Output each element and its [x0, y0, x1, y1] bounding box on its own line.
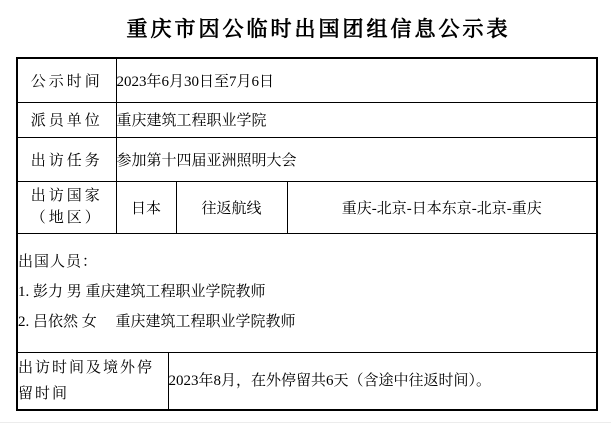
- publicity-table: 公示时间 2023年6月30日至7月6日 派员单位 重庆建筑工程职业学院 出访任…: [16, 57, 598, 411]
- publicity-time-value: 2023年6月30日至7月6日: [116, 58, 597, 102]
- publicity-time-label: 公示时间: [17, 58, 116, 102]
- personnel-member-1: 1. 彭力 男 重庆建筑工程职业学院教师: [18, 277, 596, 307]
- destination-label: 出访国家 （地区）: [17, 181, 116, 233]
- table-row-duration: 出访时间及境外停留时间 2023年8月，在外停留共6天（含途中往返时间）。: [17, 352, 597, 410]
- table-row-mission: 出访任务 参加第十四届亚洲照明大会: [17, 137, 597, 181]
- destination-label-line1: 出访国家: [18, 185, 116, 207]
- destination-label-line2: （地区）: [18, 207, 116, 229]
- duration-value: 2023年8月，在外停留共6天（含途中往返时间）。: [168, 352, 597, 410]
- table-row-destination: 出访国家 （地区） 日本 往返航线 重庆-北京-日本东京-北京-重庆: [17, 181, 597, 233]
- personnel-cell: 出国人员： 1. 彭力 男 重庆建筑工程职业学院教师 2. 吕依然 女 重庆建筑…: [17, 233, 597, 352]
- dispatch-unit-label: 派员单位: [17, 102, 116, 137]
- mission-label: 出访任务: [17, 137, 116, 181]
- route-label: 往返航线: [176, 181, 287, 233]
- personnel-member-2: 2. 吕依然 女 重庆建筑工程职业学院教师: [18, 307, 596, 337]
- destination-country: 日本: [116, 181, 176, 233]
- table-row-publicity-time: 公示时间 2023年6月30日至7月6日: [17, 58, 597, 102]
- duration-label: 出访时间及境外停留时间: [17, 352, 168, 410]
- dispatch-unit-value: 重庆建筑工程职业学院: [116, 102, 597, 137]
- mission-value: 参加第十四届亚洲照明大会: [116, 137, 597, 181]
- document-page: 重庆市因公临时出国团组信息公示表 公示时间 2023年6月30日至7月6日 派员…: [0, 0, 611, 423]
- personnel-header: 出国人员：: [18, 248, 596, 277]
- table-row-dispatch-unit: 派员单位 重庆建筑工程职业学院: [17, 102, 597, 137]
- table-row-personnel: 出国人员： 1. 彭力 男 重庆建筑工程职业学院教师 2. 吕依然 女 重庆建筑…: [17, 233, 597, 352]
- route-value: 重庆-北京-日本东京-北京-重庆: [287, 181, 597, 233]
- page-title: 重庆市因公临时出国团组信息公示表: [0, 13, 611, 43]
